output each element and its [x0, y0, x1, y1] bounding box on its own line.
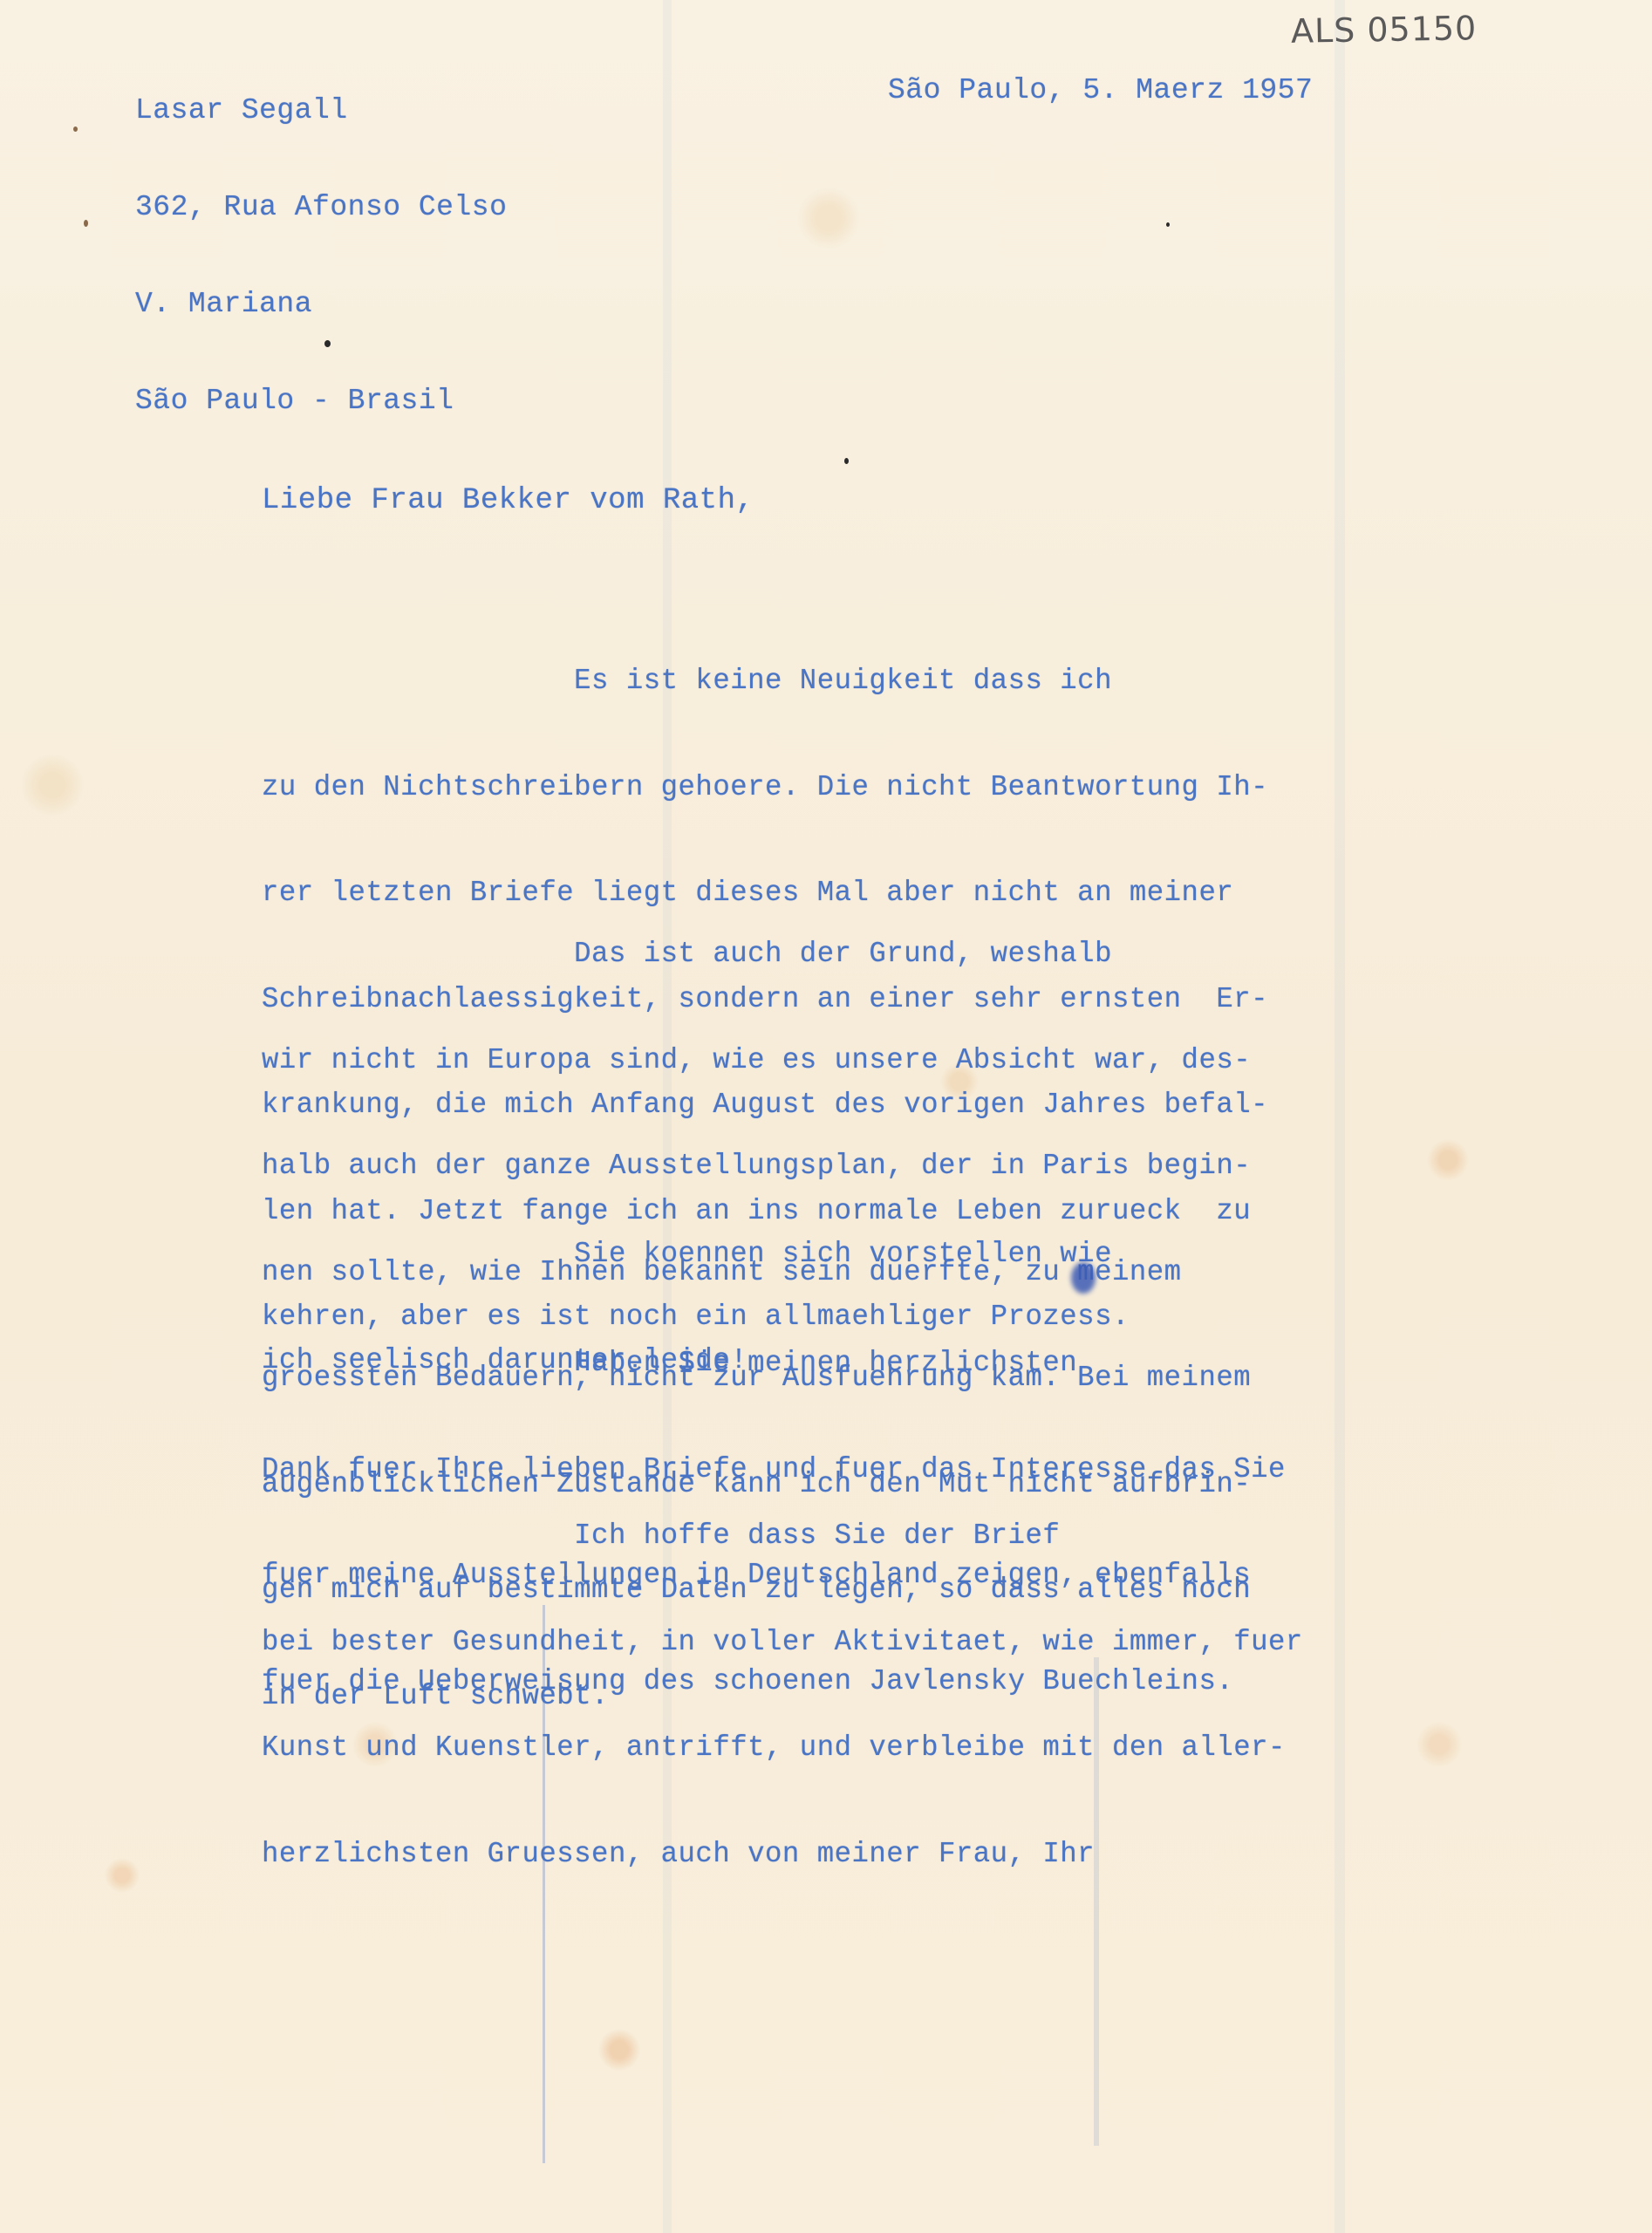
sender-city: São Paulo - Brasil — [135, 385, 507, 417]
paper-speck — [73, 126, 78, 132]
archive-id-annotation: ALS 05150 — [1291, 9, 1478, 51]
text-line: Sie koennen sich vorstellen wie — [262, 1237, 1112, 1273]
paper-speck — [844, 458, 849, 464]
paper-streak — [1335, 0, 1345, 2233]
text-line: Es ist keine Neuigkeit dass ich — [262, 664, 1268, 700]
salutation: Liebe Frau Bekker vom Rath, — [262, 483, 754, 518]
paper-speck — [1166, 222, 1170, 227]
text-line: Das ist auch der Grund, weshalb — [262, 937, 1251, 973]
paragraph-5-closing: Ich hoffe dass Sie der Brief bei bester … — [262, 1448, 1303, 1908]
date-line: São Paulo, 5. Maerz 1957 — [888, 73, 1313, 108]
text-line: zu den Nichtschreibern gehoere. Die nich… — [262, 770, 1268, 806]
text-line: Kunst und Kuenstler, antrifft, und verbl… — [262, 1731, 1303, 1766]
text-line: bei bester Gesundheit, in voller Aktivit… — [262, 1625, 1303, 1661]
sender-street: 362, Rua Afonso Celso — [135, 191, 507, 223]
paper-speck — [324, 340, 331, 347]
text-line: Ich hoffe dass Sie der Brief — [262, 1519, 1303, 1554]
sender-district: V. Mariana — [135, 288, 507, 320]
text-line: wir nicht in Europa sind, wie es unsere … — [262, 1043, 1251, 1079]
sender-name: Lasar Segall — [135, 94, 507, 126]
ink-smudge — [1071, 1262, 1096, 1294]
sender-address: Lasar Segall 362, Rua Afonso Celso V. Ma… — [135, 30, 507, 449]
paper-speck — [84, 220, 88, 227]
text-line: Haben Sie meinen herzlichsten — [262, 1346, 1286, 1382]
text-line: herzlichsten Gruessen, auch von meiner F… — [262, 1837, 1303, 1873]
